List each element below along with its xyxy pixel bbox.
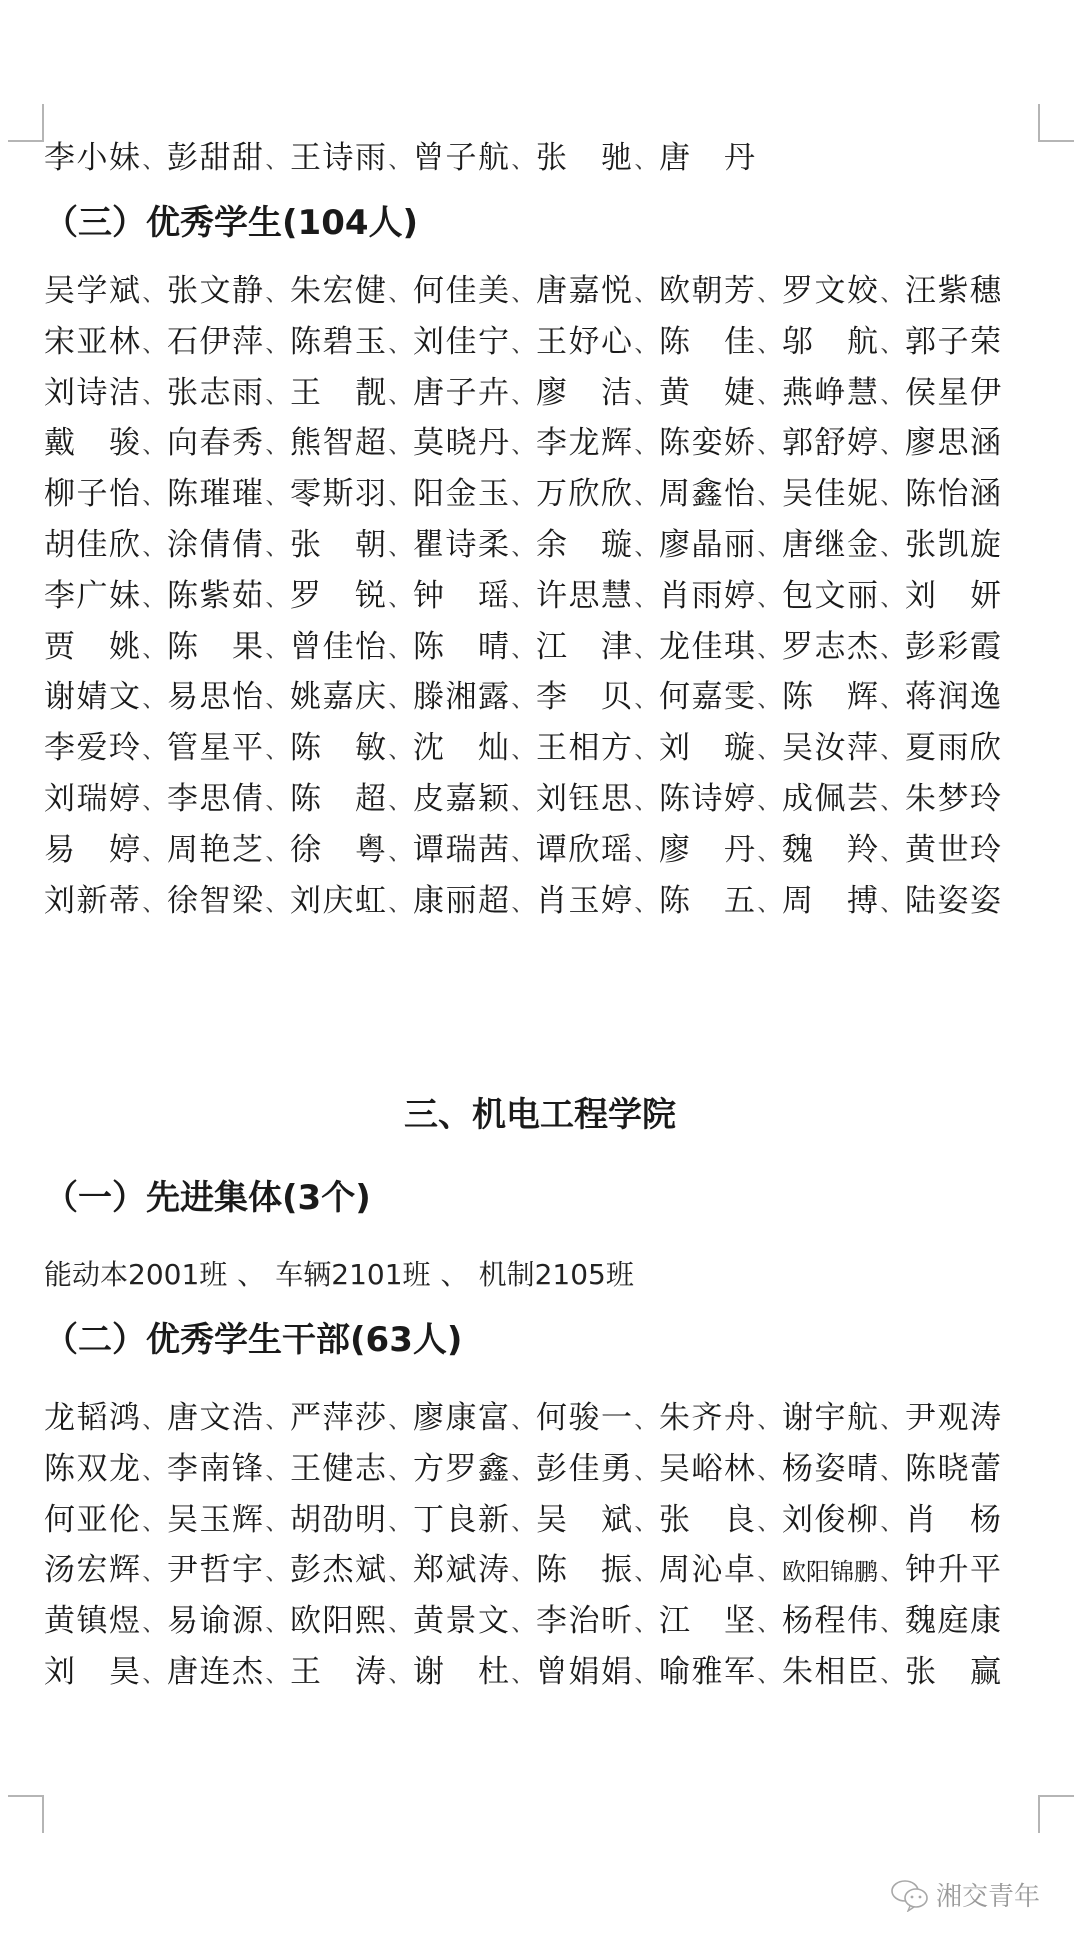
separator: 、 [878,880,905,930]
name: 谢 杜 [413,1647,509,1697]
name: 刘瑞婷 [44,774,140,824]
separator: 、 [140,676,167,726]
name: 万欣欣 [536,469,632,519]
name: 王妤心 [536,317,632,367]
name: 欧阳锦鹏 [782,1547,878,1597]
separator: 、 [632,626,659,676]
class-item: 车辆2101班 [275,1258,430,1291]
name: 谢婧文 [44,672,140,722]
name-row: 胡佳欣、涂倩倩、张 朝、瞿诗柔、余 璇、廖晶丽、唐继金、张凯旋 [44,520,1044,570]
name: 汪紫穗 [905,266,1001,316]
name: 徐智梁 [167,876,263,926]
name: 陆姿姿 [905,876,1001,926]
name: 彭杰斌 [290,1545,386,1595]
name: 尹哲宇 [167,1545,263,1595]
separator: 、 [632,270,659,320]
separator: 、 [386,1549,413,1599]
name: 唐文浩 [167,1393,263,1443]
separator: 、 [878,1397,905,1447]
name: 陈晓蕾 [905,1444,1001,1494]
name: 郑斌涛 [413,1545,509,1595]
name: 易谕源 [167,1596,263,1646]
separator: 、 [878,422,905,472]
separator: 、 [632,1397,659,1447]
name: 李治昕 [536,1596,632,1646]
name: 彭彩霞 [905,622,1001,672]
name: 吴佳妮 [782,469,878,519]
name: 郭子荣 [905,317,1001,367]
name-list-continuation: 李小妹、彭甜甜、王诗雨、曾子航、张 驰、唐 丹 [44,133,1044,183]
separator: 、 [878,1549,905,1599]
separator: 、 [386,880,413,930]
separator: 、 [632,1549,659,1599]
separator: 、 [509,1651,536,1701]
name-row: 李爱玲、管星平、陈 敏、沈 灿、王相方、刘 璇、吴汝萍、夏雨欣 [44,723,1044,773]
name: 何嘉雯 [659,672,755,722]
name: 宋亚林 [44,317,140,367]
class-item: 机制2105班 [479,1258,634,1291]
name: 罗志杰 [782,622,878,672]
name: 龙韬鸿 [44,1393,140,1443]
watermark: 湘交青年 [890,1876,1040,1913]
name: 张志雨 [167,368,263,418]
separator: 、 [140,778,167,828]
name: 黄世玲 [905,825,1001,875]
separator: 、 [509,575,536,625]
name: 吴 斌 [536,1495,632,1545]
separator: 、 [263,473,290,523]
name: 刘佳宁 [413,317,509,367]
name: 贾 姚 [44,622,140,672]
separator: 、 [263,270,290,320]
name: 陈怡涵 [905,469,1001,519]
separator: 、 [140,321,167,371]
name: 张 驰 [536,133,632,183]
name: 唐 丹 [659,133,755,183]
name-row: 宋亚林、石伊萍、陈碧玉、刘佳宁、王妤心、陈 佳、邬 航、郭子荣 [44,317,1044,367]
separator: 、 [509,626,536,676]
separator: 、 [755,1397,782,1447]
separator: 、 [386,1651,413,1701]
name: 何佳美 [413,266,509,316]
separator: 、 [755,626,782,676]
separator: 、 [878,829,905,879]
name: 王 靓 [290,368,386,418]
name: 易 婷 [44,825,140,875]
name: 李龙辉 [536,418,632,468]
separator: 、 [263,1397,290,1447]
margin-corner-top-left [8,104,44,142]
separator: 、 [263,137,290,187]
name-row: 龙韬鸿、唐文浩、严萍莎、廖康富、何骏一、朱齐舟、谢宇航、尹观涛 [44,1393,1044,1443]
separator: 、 [878,1651,905,1701]
name: 彭甜甜 [167,133,263,183]
separator: 、 [632,778,659,828]
separator: 、 [755,829,782,879]
separator: 、 [632,727,659,777]
name: 方罗鑫 [413,1444,509,1494]
name: 欧朝芳 [659,266,755,316]
separator: 、 [263,676,290,726]
name: 肖雨婷 [659,571,755,621]
separator: 、 [509,321,536,371]
separator: 、 [140,372,167,422]
separator: 、 [237,1258,265,1291]
separator: 、 [755,524,782,574]
separator: 、 [755,880,782,930]
name-row: 刘新蒂、徐智梁、刘庆虹、康丽超、肖玉婷、陈 五、周 搏、陆姿姿 [44,876,1044,926]
name: 喻雅军 [659,1647,755,1697]
separator: 、 [263,422,290,472]
separator: 、 [263,372,290,422]
name: 郭舒婷 [782,418,878,468]
separator: 、 [755,727,782,777]
name: 陈娈娇 [659,418,755,468]
separator: 、 [386,137,413,187]
name: 成佩芸 [782,774,878,824]
separator: 、 [386,524,413,574]
separator: 、 [386,422,413,472]
name: 唐嘉悦 [536,266,632,316]
name: 肖 杨 [905,1495,1001,1545]
name: 瞿诗柔 [413,520,509,570]
name: 王 涛 [290,1647,386,1697]
name: 唐子卉 [413,368,509,418]
name: 欧阳熙 [290,1596,386,1646]
separator: 、 [386,829,413,879]
name: 唐继金 [782,520,878,570]
name: 黄 婕 [659,368,755,418]
separator: 、 [386,1600,413,1650]
separator: 、 [263,1651,290,1701]
separator: 、 [878,1448,905,1498]
section-title-excellent-students: （三）优秀学生(104人) [44,198,418,248]
name: 蒋润逸 [905,672,1001,722]
separator: 、 [878,676,905,726]
separator: 、 [878,626,905,676]
name: 陈双龙 [44,1444,140,1494]
separator: 、 [755,372,782,422]
separator: 、 [386,1499,413,1549]
name: 余 璇 [536,520,632,570]
separator: 、 [263,575,290,625]
document-page: 李小妹、彭甜甜、王诗雨、曾子航、张 驰、唐 丹 （三）优秀学生(104人) 吴学… [0,0,1080,1946]
name-row: 贾 姚、陈 果、曾佳怡、陈 晴、江 津、龙佳琪、罗志杰、彭彩霞 [44,622,1044,672]
name: 许思慧 [536,571,632,621]
college-heading: 三、机电工程学院 [0,1090,1080,1140]
separator: 、 [509,372,536,422]
name: 王相方 [536,723,632,773]
name: 石伊萍 [167,317,263,367]
separator: 、 [263,1600,290,1650]
name: 刘诗洁 [44,368,140,418]
name: 何亚伦 [44,1495,140,1545]
separator: 、 [632,422,659,472]
name: 罗文姣 [782,266,878,316]
name: 刘庆虹 [290,876,386,926]
advanced-collective-list: 能动本2001班、车辆2101班、机制2105班 [44,1250,634,1300]
name: 吴峪林 [659,1444,755,1494]
separator: 、 [140,422,167,472]
name: 吴汝萍 [782,723,878,773]
name: 廖 洁 [536,368,632,418]
separator: 、 [755,1499,782,1549]
name: 龙佳琪 [659,622,755,672]
name: 陈璀璀 [167,469,263,519]
name: 廖晶丽 [659,520,755,570]
name: 丁良新 [413,1495,509,1545]
name: 包文丽 [782,571,878,621]
name: 李南锋 [167,1444,263,1494]
separator: 、 [509,727,536,777]
name: 零斯羽 [290,469,386,519]
separator: 、 [140,1600,167,1650]
separator: 、 [755,778,782,828]
name: 江 津 [536,622,632,672]
name: 戴 骏 [44,418,140,468]
separator: 、 [509,524,536,574]
separator: 、 [632,321,659,371]
separator: 、 [755,1651,782,1701]
separator: 、 [140,1448,167,1498]
separator: 、 [386,626,413,676]
separator: 、 [755,1549,782,1599]
separator: 、 [632,473,659,523]
separator: 、 [140,1651,167,1701]
name-row: 汤宏辉、尹哲宇、彭杰斌、郑斌涛、陈 振、周沁卓、欧阳锦鹏、钟升平 [44,1545,1044,1595]
name: 张 赢 [905,1647,1001,1697]
name: 柳子怡 [44,469,140,519]
separator: 、 [509,473,536,523]
separator: 、 [509,1448,536,1498]
class-item: 能动本2001班 [44,1258,227,1291]
name: 陈紫茹 [167,571,263,621]
name-row: 何亚伦、吴玉辉、胡劭明、丁良新、吴 斌、张 良、刘俊柳、肖 杨 [44,1495,1044,1545]
name: 李小妹 [44,133,140,183]
name-row: 易 婷、周艳芝、徐 粤、谭瑞茜、谭欣瑶、廖 丹、魏 羚、黄世玲 [44,825,1044,875]
name: 谭瑞茜 [413,825,509,875]
name: 管星平 [167,723,263,773]
name: 罗 锐 [290,571,386,621]
name: 沈 灿 [413,723,509,773]
separator: 、 [263,1549,290,1599]
name: 杨程伟 [782,1596,878,1646]
separator: 、 [755,676,782,726]
name: 杨姿晴 [782,1444,878,1494]
separator: 、 [878,321,905,371]
name: 刘钰思 [536,774,632,824]
name: 魏 羚 [782,825,878,875]
separator: 、 [632,575,659,625]
name: 陈 辉 [782,672,878,722]
name: 吴玉辉 [167,1495,263,1545]
separator: 、 [509,270,536,320]
wechat-icon [890,1878,930,1912]
separator: 、 [140,524,167,574]
name: 胡劭明 [290,1495,386,1545]
name: 朱宏健 [290,266,386,316]
separator: 、 [386,778,413,828]
name: 胡佳欣 [44,520,140,570]
name: 邬 航 [782,317,878,367]
name: 向春秀 [167,418,263,468]
name-row: 吴学斌、张文静、朱宏健、何佳美、唐嘉悦、欧朝芳、罗文姣、汪紫穗 [44,266,1044,316]
name: 皮嘉颖 [413,774,509,824]
name: 廖思涵 [905,418,1001,468]
name: 张 朝 [290,520,386,570]
separator: 、 [263,321,290,371]
separator: 、 [878,473,905,523]
separator: 、 [140,1397,167,1447]
separator: 、 [878,270,905,320]
separator: 、 [632,372,659,422]
name: 刘 妍 [905,571,1001,621]
separator: 、 [878,524,905,574]
separator: 、 [509,1549,536,1599]
separator: 、 [386,1397,413,1447]
section-title-advanced-collective: （一）先进集体(3个) [44,1173,371,1223]
name: 钟升平 [905,1545,1001,1595]
name: 肖玉婷 [536,876,632,926]
name-row: 谢婧文、易思怡、姚嘉庆、滕湘露、李 贝、何嘉雯、陈 辉、蒋润逸 [44,672,1044,722]
name-row: 刘瑞婷、李思倩、陈 超、皮嘉颖、刘钰思、陈诗婷、成佩芸、朱梦玲 [44,774,1044,824]
name-row: 陈双龙、李南锋、王健志、方罗鑫、彭佳勇、吴峪林、杨姿晴、陈晓蕾 [44,1444,1044,1494]
separator: 、 [878,1600,905,1650]
separator: 、 [878,372,905,422]
name: 姚嘉庆 [290,672,386,722]
separator: 、 [755,1448,782,1498]
name: 黄景文 [413,1596,509,1646]
separator: 、 [263,626,290,676]
separator: 、 [509,422,536,472]
separator: 、 [263,727,290,777]
separator: 、 [755,1600,782,1650]
separator: 、 [263,829,290,879]
name: 谢宇航 [782,1393,878,1443]
name: 江 坚 [659,1596,755,1646]
separator: 、 [386,321,413,371]
separator: 、 [140,880,167,930]
name: 李广妹 [44,571,140,621]
name: 滕湘露 [413,672,509,722]
name: 陈 敏 [290,723,386,773]
name: 张 良 [659,1495,755,1545]
name: 魏庭康 [905,1596,1001,1646]
separator: 、 [632,676,659,726]
name: 刘 璇 [659,723,755,773]
name: 陈碧玉 [290,317,386,367]
name-row: 李广妹、陈紫茹、罗 锐、钟 瑶、许思慧、肖雨婷、包文丽、刘 妍 [44,571,1044,621]
name: 李思倩 [167,774,263,824]
separator: 、 [755,422,782,472]
name: 张凯旋 [905,520,1001,570]
watermark-text: 湘交青年 [936,1876,1040,1913]
name: 周鑫怡 [659,469,755,519]
section-title-excellent-cadres: （二）优秀学生干部(63人) [44,1315,462,1365]
name: 尹观涛 [905,1393,1001,1443]
separator: 、 [263,1499,290,1549]
name: 夏雨欣 [905,723,1001,773]
name: 陈 五 [659,876,755,926]
separator: 、 [386,676,413,726]
separator: 、 [755,270,782,320]
separator: 、 [386,727,413,777]
name: 廖康富 [413,1393,509,1443]
separator: 、 [755,575,782,625]
separator: 、 [263,524,290,574]
name: 何骏一 [536,1393,632,1443]
separator: 、 [878,727,905,777]
name: 周沁卓 [659,1545,755,1595]
separator: 、 [140,626,167,676]
name-row: 柳子怡、陈璀璀、零斯羽、阳金玉、万欣欣、周鑫怡、吴佳妮、陈怡涵 [44,469,1044,519]
name: 黄镇煜 [44,1596,140,1646]
name: 朱梦玲 [905,774,1001,824]
name: 陈 振 [536,1545,632,1595]
name: 唐连杰 [167,1647,263,1697]
name: 谭欣瑶 [536,825,632,875]
separator: 、 [878,778,905,828]
name-row: 戴 骏、向春秀、熊智超、莫晓丹、李龙辉、陈娈娇、郭舒婷、廖思涵 [44,418,1044,468]
name-row: 刘诗洁、张志雨、王 靓、唐子卉、廖 洁、黄 婕、燕峥慧、侯星伊 [44,368,1044,418]
separator: 、 [140,829,167,879]
name: 周 搏 [782,876,878,926]
separator: 、 [632,1448,659,1498]
separator: 、 [509,880,536,930]
separator: 、 [140,1549,167,1599]
separator: 、 [386,473,413,523]
separator: 、 [263,778,290,828]
name: 朱相臣 [782,1647,878,1697]
name: 汤宏辉 [44,1545,140,1595]
separator: 、 [878,575,905,625]
name-row: 黄镇煜、易谕源、欧阳熙、黄景文、李治昕、江 坚、杨程伟、魏庭康 [44,1596,1044,1646]
name: 刘俊柳 [782,1495,878,1545]
name: 王诗雨 [290,133,386,183]
separator: 、 [263,880,290,930]
name: 莫晓丹 [413,418,509,468]
name-row: 刘 昊、唐连杰、王 涛、谢 杜、曾娟娟、喻雅军、朱相臣、张 赢 [44,1647,1044,1697]
separator: 、 [386,372,413,422]
separator: 、 [632,1600,659,1650]
name: 陈诗婷 [659,774,755,824]
separator: 、 [509,137,536,187]
separator: 、 [509,778,536,828]
separator: 、 [140,473,167,523]
name: 徐 粤 [290,825,386,875]
separator: 、 [509,829,536,879]
name: 张文静 [167,266,263,316]
separator: 、 [755,321,782,371]
separator: 、 [140,137,167,187]
name: 刘新蒂 [44,876,140,926]
separator: 、 [263,1448,290,1498]
name: 李 贝 [536,672,632,722]
name: 陈 超 [290,774,386,824]
name: 陈 佳 [659,317,755,367]
separator: 、 [509,1499,536,1549]
separator: 、 [878,1499,905,1549]
name: 彭佳勇 [536,1444,632,1494]
name: 易思怡 [167,672,263,722]
name: 周艳芝 [167,825,263,875]
separator: 、 [509,1600,536,1650]
separator: 、 [632,137,659,187]
name: 李爱玲 [44,723,140,773]
separator: 、 [632,1651,659,1701]
name: 熊智超 [290,418,386,468]
separator: 、 [140,575,167,625]
